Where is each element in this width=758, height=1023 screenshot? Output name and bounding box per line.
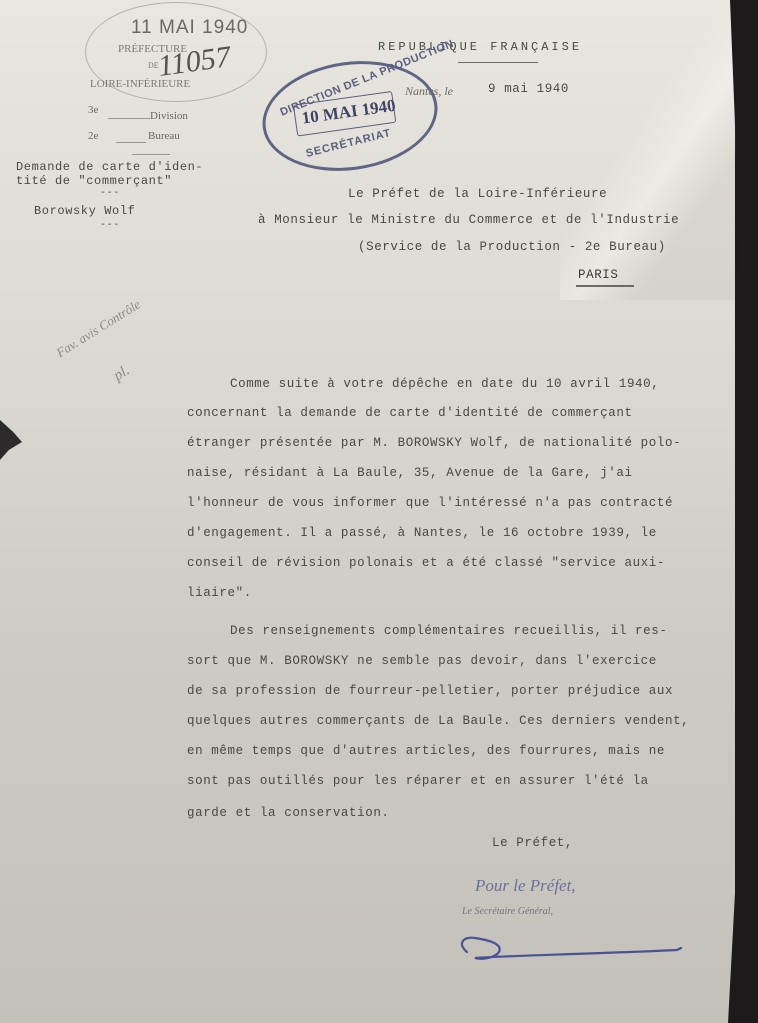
body-line: liaire". [187,586,252,600]
stamp-date: 10 MAI 1940 [301,96,397,129]
reference-rule [132,154,170,155]
handwritten-signature [455,930,685,970]
letter-page: 11 MAI 1940 PRÉFECTURE DE LOIRE-INFÉRIEU… [0,0,735,1023]
secretary-general-title: Le Secrétaire Général, [462,906,553,917]
body-line: l'honneur de vous informer que l'intéres… [187,496,673,510]
paper-fold-shading [560,0,758,300]
letter-date: 9 mai 1940 [488,82,569,96]
division-blank [108,118,150,119]
body-line: concernant la demande de carte d'identit… [187,406,633,420]
subject-name: Borowsky Wolf [34,204,135,218]
service-line: (Service de la Production - 2e Bureau) [358,240,666,254]
pencil-initials: pl. [111,362,133,385]
republic-heading: REPUBLIQUE FRANÇAISE [378,40,582,54]
body-line: conseil de révision polonais et a été cl… [187,556,665,570]
sender-line: Le Préfet de la Loire-Inférieure [348,187,607,201]
body-line: Comme suite à votre dépêche en date du 1… [230,377,659,391]
body-line: de sa profession de fourreur-pelletier, … [187,684,673,698]
body-line: garde et la conservation. [187,806,390,820]
body-line: quelques autres commerçants de La Baule.… [187,714,689,728]
subject-line-2: tité de "commerçant" [16,174,172,188]
subject-separator: --- [100,188,120,199]
stamp-date: 11 MAI 1940 [131,17,248,39]
recipient-line: à Monsieur le Ministre du Commerce et de… [258,213,679,227]
bureau-prefix: 2e [88,130,98,142]
body-line: d'engagement. Il a passé, à Nantes, le 1… [187,526,657,540]
pencil-annotation: Fav. avis Contrôle [54,296,144,361]
subject-separator-2: --- [100,220,120,231]
city-underline [576,285,634,287]
body-line: sort que M. BOROWSKY ne semble pas devoi… [187,654,657,668]
body-line: sont pas outillés pour les réparer et en… [187,774,649,788]
body-line: en même temps que d'autres articles, des… [187,744,665,758]
body-line: naise, résidant à La Baule, 35, Avenue d… [187,466,633,480]
heading-rule [458,62,538,63]
prefecture-received-stamp: 11 MAI 1940 PRÉFECTURE DE LOIRE-INFÉRIEU… [85,2,267,102]
division-label: Division [150,110,188,122]
bureau-blank [116,142,146,143]
pour-le-prefet-stamp: Pour le Préfet, [475,876,576,896]
direction-production-stamp: DIRECTION DE LA PRODUCTION 10 MAI 1940 S… [255,50,444,181]
closing-line: Le Préfet, [492,836,573,850]
bureau-label: Bureau [148,130,180,142]
division-prefix: 3e [88,104,98,116]
city-line: PARIS [578,268,619,282]
body-line: Des renseignements complémentaires recue… [230,624,667,638]
body-line: étranger présentée par M. BOROWSKY Wolf,… [187,436,681,450]
subject-line-1: Demande de carte d'iden- [16,160,203,174]
